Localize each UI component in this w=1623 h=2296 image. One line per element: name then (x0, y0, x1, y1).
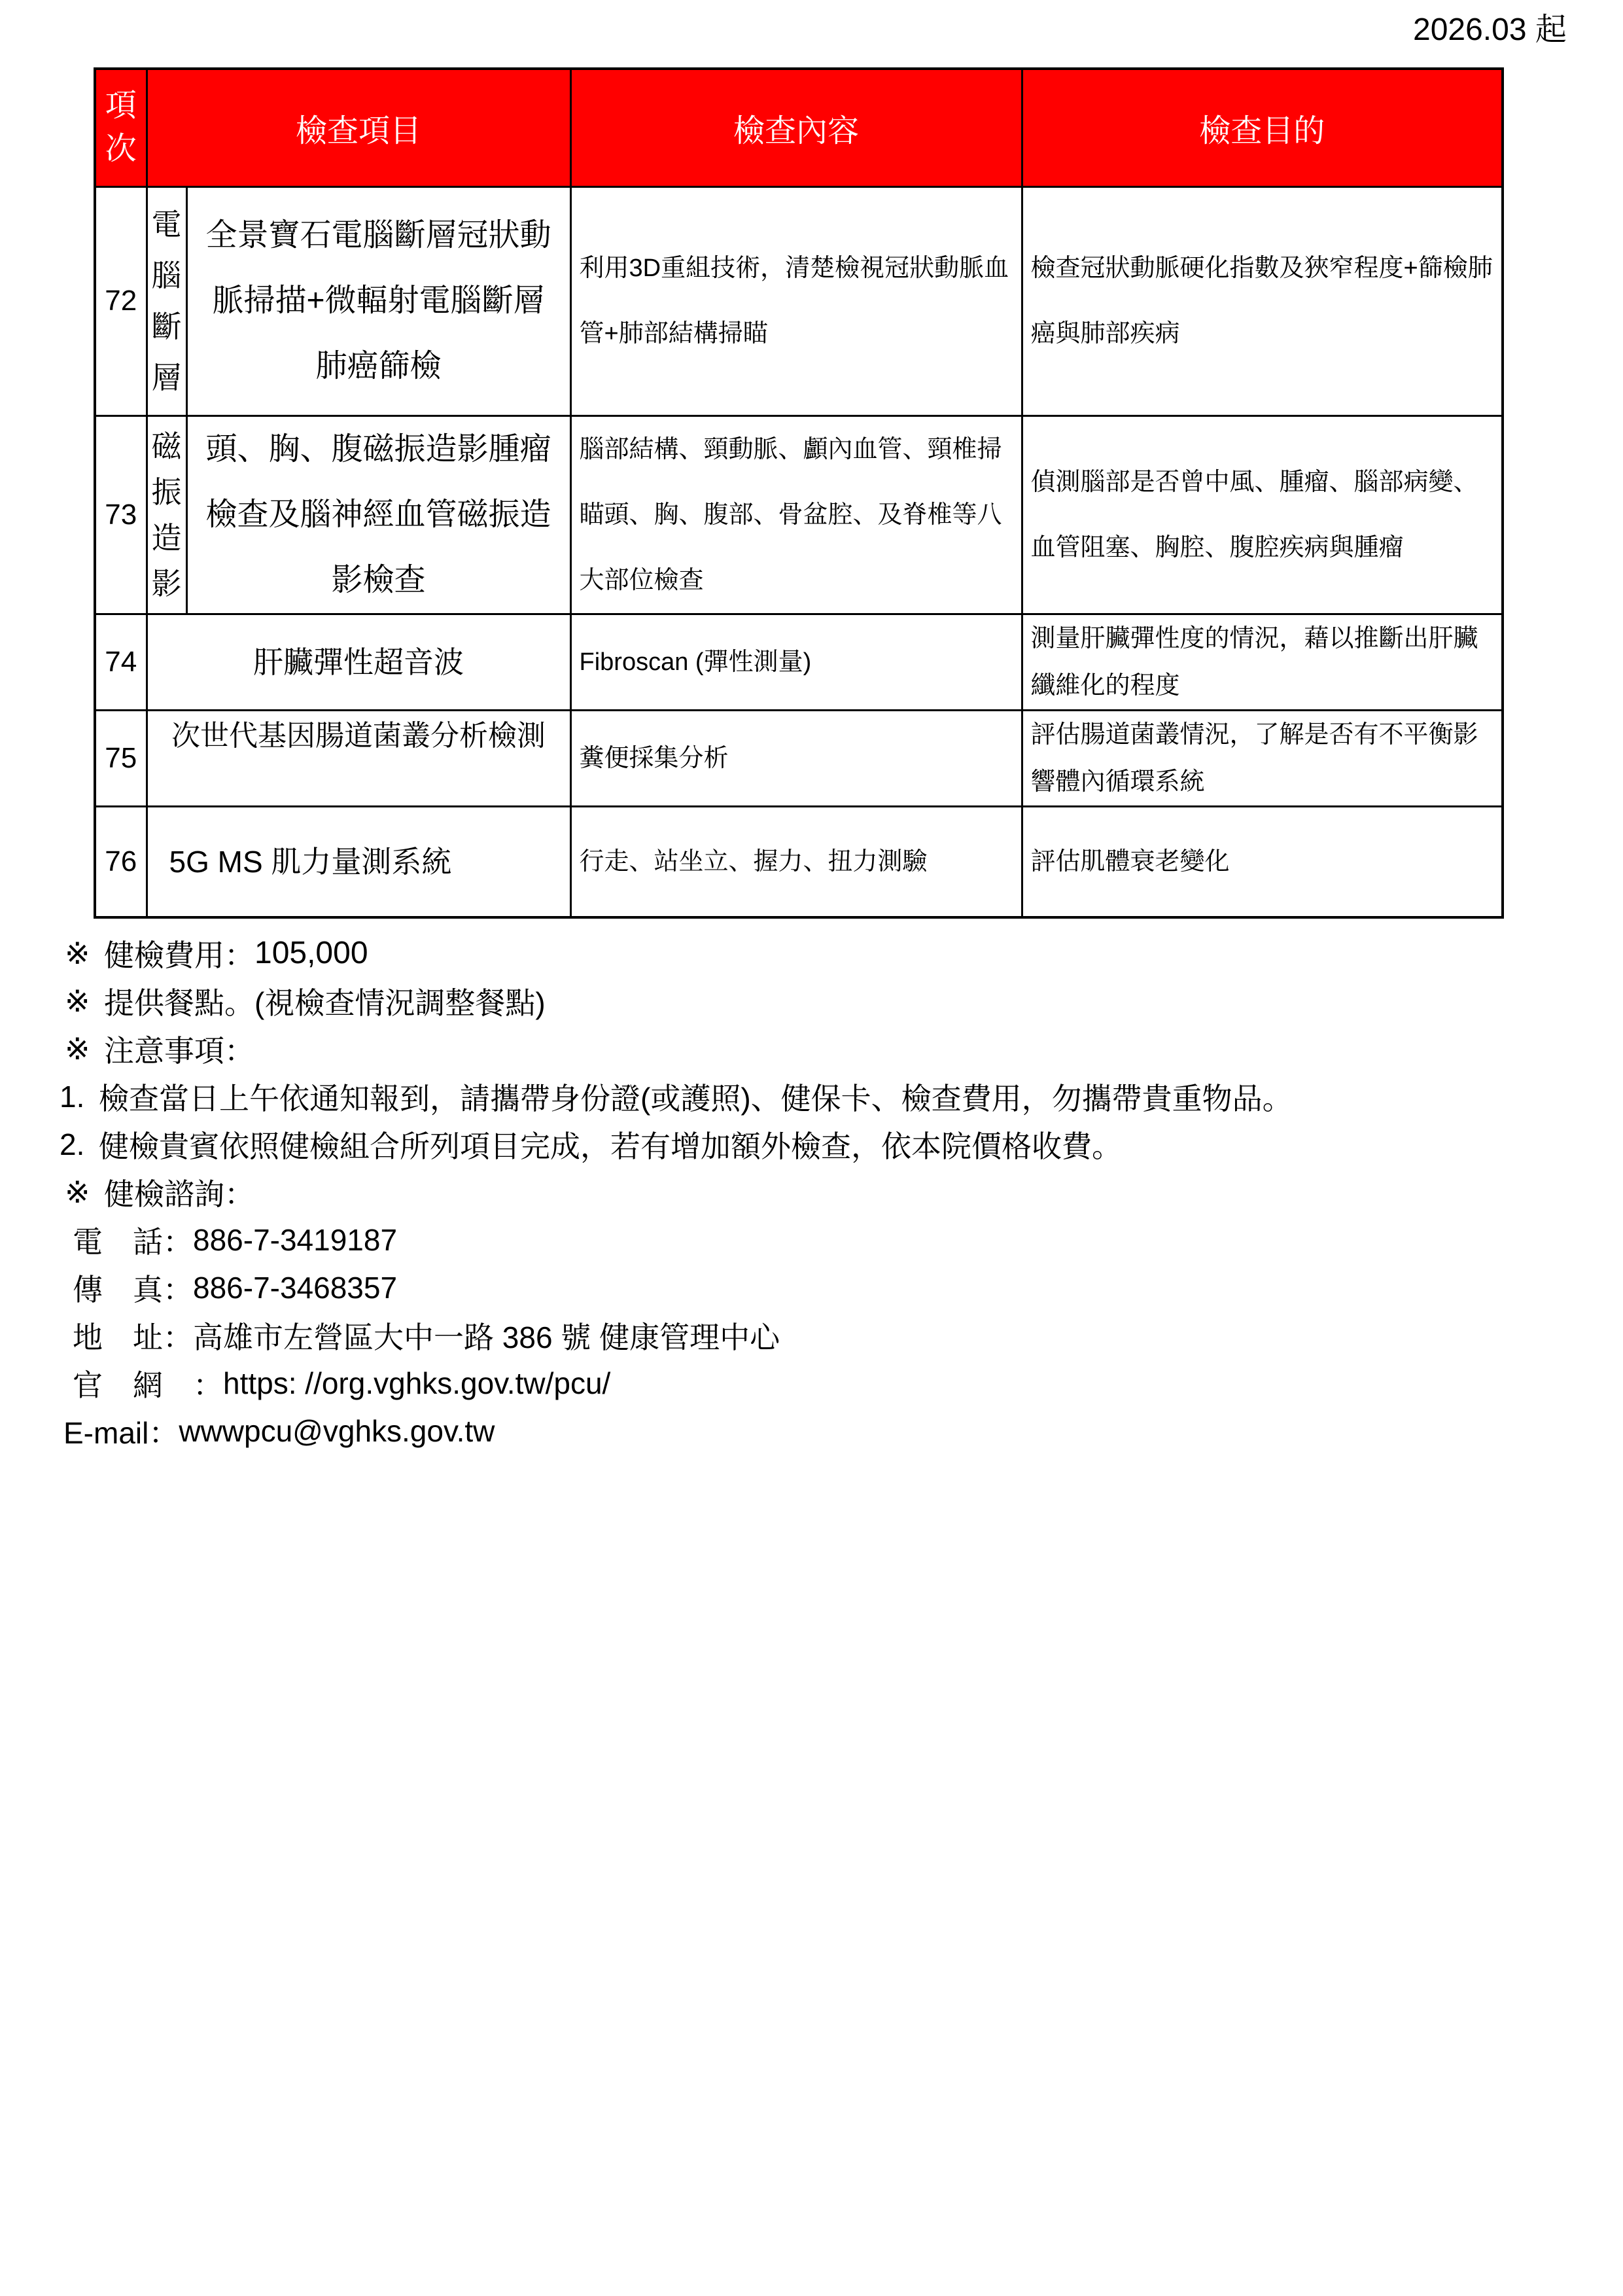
contact-address-label: 地 址： (73, 1314, 193, 1357)
note-item-2-text: 健檢貴賓依照健檢組合所列項目完成，若有增加額外檢查，依本院價格收費。 (99, 1123, 1122, 1166)
contact-fax-label: 傳 真： (73, 1266, 193, 1309)
col-header-index: 項 次 (95, 69, 147, 186)
row-74-content: Fibroscan (彈性測量) (570, 614, 1022, 710)
row-76-item: 5G MS 肌力量測系統 (147, 806, 570, 917)
note-inquiry: ※健檢諮詢： (56, 1168, 1573, 1216)
contact-fax: 傳 真：886-7-3468357 (56, 1263, 1573, 1311)
row-75-purpose: 評估腸道菌叢情況，了解是否有不平衡影 響體內循環系統 (1022, 710, 1503, 806)
row-73-purpose: 偵測腦部是否曾中風、腫瘤、腦部病變、 血管阻塞、胸腔、腹腔疾病與腫瘤 (1022, 415, 1503, 614)
row-76-index: 76 (95, 806, 147, 917)
row-73-index: 73 (95, 415, 147, 614)
note-item-2: 2.健檢貴賓依照健檢組合所列項目完成，若有增加額外檢查，依本院價格收費。 (56, 1120, 1573, 1168)
note-marker: ※ (65, 1174, 104, 1210)
note-marker: ※ (65, 1031, 104, 1067)
contact-address-value: 高雄市左營區大中一路 386 號 健康管理中心 (193, 1314, 780, 1357)
note-marker: ※ (65, 983, 104, 1019)
table-row: 73 磁 振 造 影 頭、胸、腹磁振造影腫瘤 檢查及腦神經血管磁振造 影檢查 腦… (95, 415, 1503, 614)
col-header-content: 檢查內容 (570, 69, 1022, 186)
contact-email-value: wwwpcu@vghks.gov.tw (179, 1413, 495, 1449)
contact-fax-value: 886-7-3468357 (193, 1270, 397, 1305)
contact-phone: 電 話：886-7-3419187 (56, 1216, 1573, 1263)
row-75-content: 糞便採集分析 (570, 710, 1022, 806)
note-attention-text: 注意事項： (104, 1027, 254, 1070)
contact-phone-label: 電 話： (73, 1218, 193, 1262)
row-73-content: 腦部結構、頸動脈、顱內血管、頸椎掃 瞄頭、胸、腹部、骨盆腔、及脊椎等八 大部位檢… (570, 415, 1022, 614)
table-row: 76 5G MS 肌力量測系統 行走、站坐立、握力、扭力測驗 評估肌體衰老變化 (95, 806, 1503, 917)
note-attention: ※注意事項： (56, 1025, 1573, 1072)
contact-email-label: E-mail： (63, 1409, 179, 1453)
note-number: 2. (60, 1127, 99, 1162)
row-73-category: 磁 振 造 影 (147, 415, 186, 614)
notes-section: ※健檢費用：105,000 ※提供餐點。(視檢查情況調整餐點) ※注意事項： 1… (56, 929, 1573, 1455)
row-72-item: 全景寶石電腦斷層冠狀動 脈掃描+微輻射電腦斷層 肺癌篩檢 (186, 186, 570, 415)
row-75-item: 次世代基因腸道菌叢分析檢測 (147, 710, 570, 806)
contact-website-label: 官 網 ： (73, 1362, 223, 1405)
table-row: 74 肝臟彈性超音波 Fibroscan (彈性測量) 測量肝臟彈性度的情況，藉… (95, 614, 1503, 710)
exam-table: 項 次 檢查項目 檢查內容 檢查目的 72 電 腦 斷 層 全景寶石電腦斷層冠狀… (94, 67, 1504, 919)
contact-email: E-mail：wwwpcu@vghks.gov.tw (56, 1407, 1573, 1455)
row-76-content: 行走、站坐立、握力、扭力測驗 (570, 806, 1022, 917)
contact-address: 地 址：高雄市左營區大中一路 386 號 健康管理中心 (56, 1311, 1573, 1359)
row-72-category: 電 腦 斷 層 (147, 186, 186, 415)
row-74-purpose: 測量肝臟彈性度的情況，藉以推斷出肝臟 纖維化的程度 (1022, 614, 1503, 710)
note-fee: ※健檢費用：105,000 (56, 929, 1573, 977)
note-item-1: 1.檢查當日上午依通知報到，請攜帶身份證(或護照)、健保卡、檢查費用，勿攜帶貴重… (56, 1072, 1573, 1120)
col-header-item: 檢查項目 (147, 69, 570, 186)
note-marker: ※ (65, 936, 104, 971)
note-fee-label: 健檢費用： (104, 932, 254, 975)
table-header-row: 項 次 檢查項目 檢查內容 檢查目的 (95, 69, 1503, 186)
row-72-purpose: 檢查冠狀動脈硬化指數及狹窄程度+篩檢肺 癌與肺部疾病 (1022, 186, 1503, 415)
contact-website: 官 網 ：https: //org.vghks.gov.tw/pcu/ (56, 1359, 1573, 1407)
contact-website-value: https: //org.vghks.gov.tw/pcu/ (223, 1366, 610, 1401)
table-row: 75 次世代基因腸道菌叢分析檢測 糞便採集分析 評估腸道菌叢情況，了解是否有不平… (95, 710, 1503, 806)
effective-date: 2026.03 起 (1413, 4, 1596, 49)
row-72-index: 72 (95, 186, 147, 415)
col-header-purpose: 檢查目的 (1022, 69, 1503, 186)
note-inquiry-text: 健檢諮詢： (104, 1171, 254, 1214)
row-74-item: 肝臟彈性超音波 (147, 614, 570, 710)
note-meal: ※提供餐點。(視檢查情況調整餐點) (56, 977, 1573, 1025)
row-76-purpose: 評估肌體衰老變化 (1022, 806, 1503, 917)
note-meal-text: 提供餐點。(視檢查情況調整餐點) (104, 980, 546, 1023)
note-fee-amount: 105,000 (254, 935, 368, 971)
row-75-index: 75 (95, 710, 147, 806)
table-row: 72 電 腦 斷 層 全景寶石電腦斷層冠狀動 脈掃描+微輻射電腦斷層 肺癌篩檢 … (95, 186, 1503, 415)
row-72-content: 利用3D重組技術，清楚檢視冠狀動脈血 管+肺部結構掃瞄 (570, 186, 1022, 415)
note-item-1-text: 檢查當日上午依通知報到，請攜帶身份證(或護照)、健保卡、檢查費用，勿攜帶貴重物品… (99, 1075, 1293, 1118)
row-73-item: 頭、胸、腹磁振造影腫瘤 檢查及腦神經血管磁振造 影檢查 (186, 415, 570, 614)
row-74-index: 74 (95, 614, 147, 710)
note-number: 1. (60, 1079, 99, 1114)
contact-phone-value: 886-7-3419187 (193, 1222, 397, 1258)
